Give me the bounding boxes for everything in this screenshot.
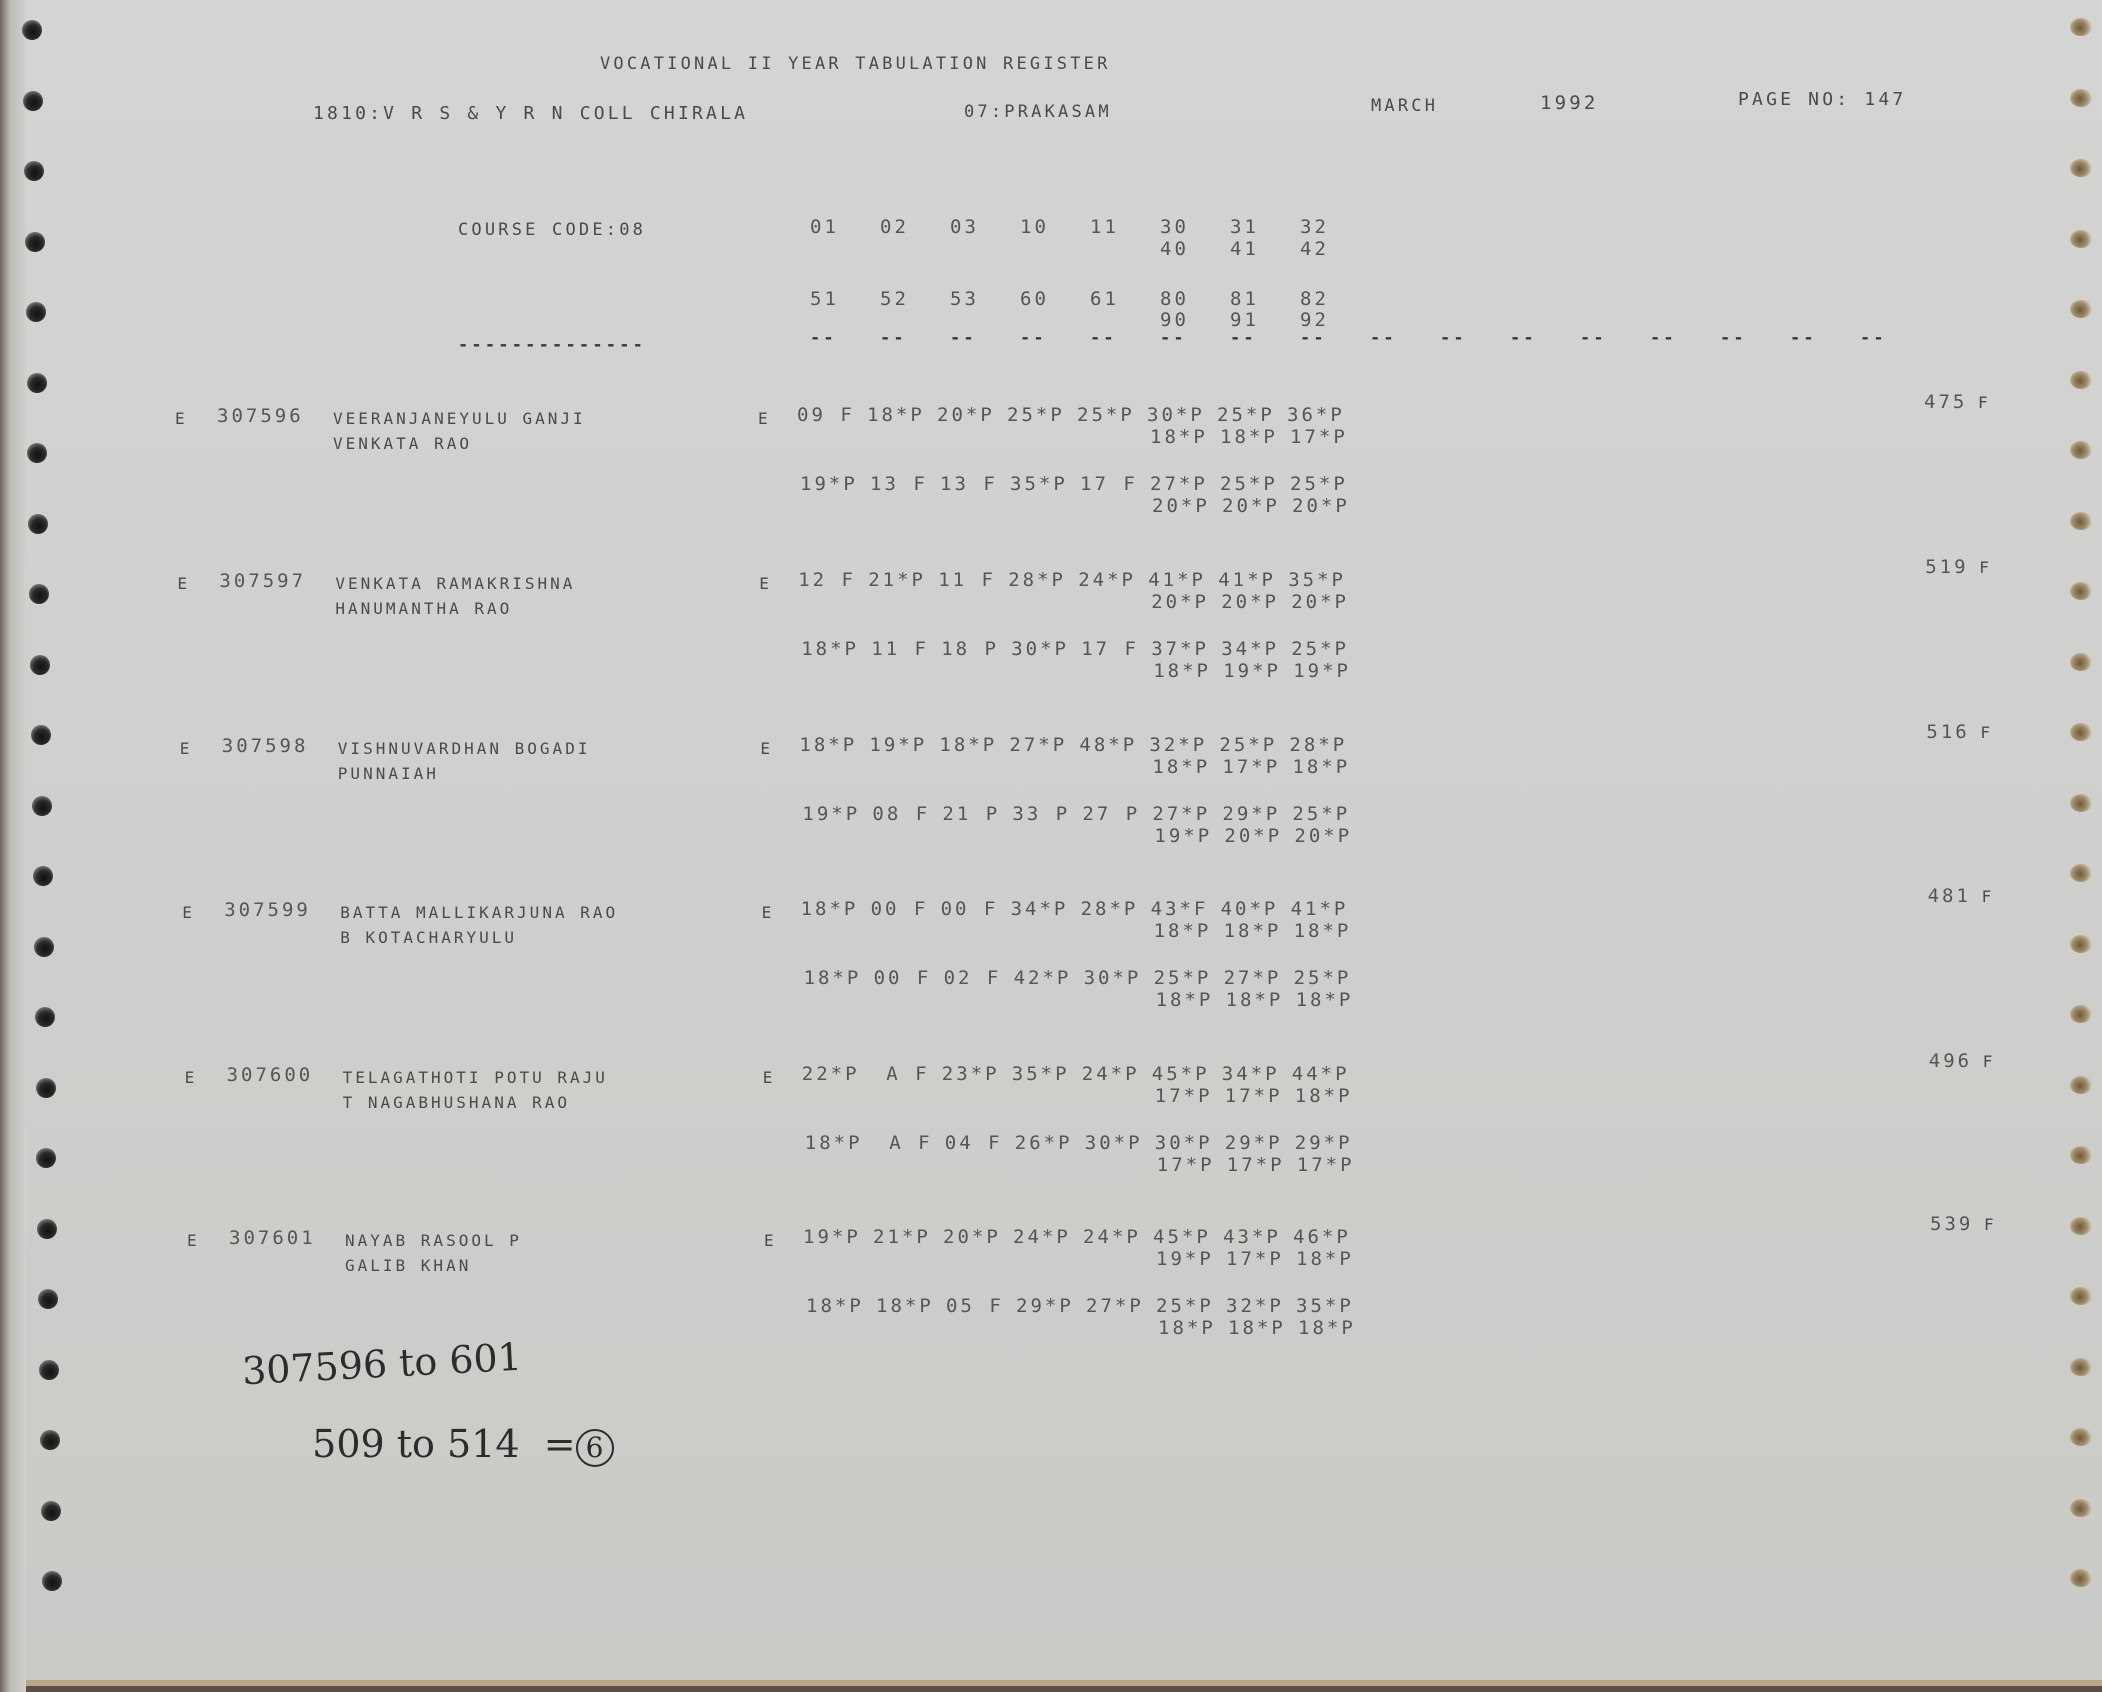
mark-cell: 19*P <box>1223 662 1281 681</box>
mark-cell: 42*P <box>1014 969 1072 988</box>
handwritten-count-line: 509 to 514 =6 <box>288 1387 614 1467</box>
column-dash: -- <box>1860 330 1887 347</box>
mark-cell: 19*P <box>1156 1250 1214 1269</box>
tractor-feed-hole-icon <box>2070 230 2092 248</box>
mark-cell: 17*P <box>1222 758 1280 777</box>
mark-cell: 24*P <box>1082 1065 1140 1084</box>
candidate-flag: E <box>177 576 190 592</box>
mark-cell: 41*P <box>1218 571 1276 590</box>
mark-cell: 18*P <box>876 1297 934 1316</box>
tractor-feed-hole-icon <box>40 1430 60 1450</box>
student-record: E307596VEERANJANEYULU GANJIVENKATA RAOE0… <box>0 403 2102 543</box>
column-dash: -- <box>810 330 837 347</box>
mark-cell: 00 F <box>941 900 999 919</box>
mark-cell: 25*P <box>1220 475 1278 494</box>
mark-cell: 43*F <box>1151 900 1209 919</box>
mark-cell: 18*P <box>1154 922 1212 941</box>
mark-cell: 18*P <box>804 969 862 988</box>
name-line-2: PUNNAIAH <box>338 766 439 782</box>
column-dash: -- <box>1720 330 1747 347</box>
mark-cell: 48*P <box>1079 736 1137 755</box>
candidate-flag: E <box>182 905 195 921</box>
subject-code: 53 <box>950 290 979 309</box>
roll-number: 307599 <box>224 901 311 920</box>
subject-code: 51 <box>810 290 839 309</box>
mark-cell: 12 F <box>798 571 856 590</box>
subject-code: 32 <box>1300 218 1329 237</box>
mark-cell: 25*P <box>1217 406 1275 425</box>
mark-cell: 27*P <box>1152 805 1210 824</box>
name-line-1: VISHNUVARDHAN BOGADI <box>338 741 591 757</box>
tractor-feed-hole-icon <box>2070 371 2092 389</box>
mark-cell: 18*P <box>1295 1087 1353 1106</box>
result-status: F <box>1984 1217 1997 1233</box>
name-line-2: VENKATA RAO <box>333 436 472 452</box>
tractor-feed-hole-icon <box>2070 1569 2092 1587</box>
result-status: F <box>1980 725 1993 741</box>
subject-code: 61 <box>1090 290 1119 309</box>
mark-cell: 18*P <box>1296 1250 1354 1269</box>
register-title: VOCATIONAL II YEAR TABULATION REGISTER <box>600 56 1111 73</box>
tractor-feed-hole-icon <box>27 373 47 393</box>
mark-cell: 27*P <box>1009 736 1067 755</box>
mark-cell: 11 F <box>938 571 996 590</box>
mark-cell: 18*P <box>799 736 857 755</box>
circled-count: 6 <box>576 1429 614 1467</box>
district: 07:PRAKASAM <box>964 104 1112 121</box>
tractor-feed-hole-icon <box>24 161 44 181</box>
mark-cell: 18*P <box>1224 922 1282 941</box>
mark-cell: 18*P <box>867 406 925 425</box>
tractor-feed-hole-icon <box>2070 1499 2092 1517</box>
mark-cell: 17*P <box>1290 428 1348 447</box>
mark-cell: A F <box>872 1065 930 1084</box>
tractor-feed-hole-icon <box>42 1571 62 1591</box>
subject-code: 82 <box>1300 290 1329 309</box>
column-dash: -- <box>950 330 977 347</box>
mark-cell: 19*P <box>869 736 927 755</box>
tractor-feed-hole-icon <box>23 91 43 111</box>
mark-cell: 05 F <box>946 1297 1004 1316</box>
column-dash: -- <box>1650 330 1677 347</box>
column-dash: -- <box>1370 330 1397 347</box>
mark-cell: 44*P <box>1292 1065 1350 1084</box>
mark-cell: 28*P <box>1081 900 1139 919</box>
column-dash: -- <box>1580 330 1607 347</box>
total-marks: 475 <box>1924 393 1967 412</box>
mark-cell: 19*P <box>802 805 860 824</box>
mark-cell: 20*P <box>1151 593 1209 612</box>
mark-cell: 34*P <box>1011 900 1069 919</box>
mark-cell: 25*P <box>1156 1297 1214 1316</box>
tractor-feed-hole-icon <box>26 302 46 322</box>
course-underline: -------------- <box>458 337 646 354</box>
result-status: F <box>1983 1054 1996 1070</box>
mark-cell: 18*P <box>1152 758 1210 777</box>
mark-cell: 11 F <box>871 640 929 659</box>
mark-cell: 26*P <box>1015 1134 1073 1153</box>
mark-cell: 29*P <box>1016 1297 1074 1316</box>
student-record: E307598VISHNUVARDHAN BOGADIPUNNAIAHE18*P… <box>0 733 2102 873</box>
name-line-2: GALIB KHAN <box>345 1258 471 1274</box>
mark-cell: 25*P <box>1219 736 1277 755</box>
tractor-feed-hole-icon <box>22 20 42 40</box>
mark-cell: 18*P <box>1220 428 1278 447</box>
mark-cell: 32*P <box>1226 1297 1284 1316</box>
mark-cell: 37*P <box>1151 640 1209 659</box>
mark-cell: 25*P <box>1290 475 1348 494</box>
column-dash: -- <box>1790 330 1817 347</box>
mark-cell: 46*P <box>1293 1228 1351 1247</box>
mark-cell: 18*P <box>1153 662 1211 681</box>
mark-cell: 20*P <box>937 406 995 425</box>
column-dash: -- <box>1230 330 1257 347</box>
exam-month: MARCH <box>1371 98 1438 115</box>
mark-cell: A F <box>875 1134 933 1153</box>
name-line-1: VEERANJANEYULU GANJI <box>333 411 586 427</box>
mark-cell: 02 F <box>944 969 1002 988</box>
mark-cell: 25*P <box>1292 805 1350 824</box>
total-marks: 516 <box>1926 723 1969 742</box>
mark-cell: 20*P <box>943 1228 1001 1247</box>
mark-cell: 45*P <box>1153 1228 1211 1247</box>
mark-cell: 45*P <box>1152 1065 1210 1084</box>
candidate-flag: E <box>185 1070 198 1086</box>
mark-cell: 20*P <box>1294 827 1352 846</box>
mark-cell: 18*P <box>1226 991 1284 1010</box>
mark-cell: 30*P <box>1085 1134 1143 1153</box>
mark-cell: 13 F <box>870 475 928 494</box>
mark-cell: 21*P <box>873 1228 931 1247</box>
subject-code: 03 <box>950 218 979 237</box>
mark-cell: 27 P <box>1082 805 1140 824</box>
subject-code: 11 <box>1090 218 1119 237</box>
mark-cell: 41*P <box>1148 571 1206 590</box>
student-record: E307597VENKATA RAMAKRISHNAHANUMANTHA RAO… <box>0 568 2102 708</box>
tractor-feed-hole-icon <box>2070 1428 2092 1446</box>
roll-number: 307598 <box>222 737 309 756</box>
page-number: PAGE NO: 147 <box>1738 91 1906 109</box>
mark-cell: 08 F <box>872 805 930 824</box>
mark-cell: 18 P <box>941 640 999 659</box>
candidate-flag: E <box>175 411 188 427</box>
mark-cell: 41*P <box>1291 900 1349 919</box>
medium-flag: E <box>760 741 773 757</box>
handwritten-text: 509 to 514 = <box>312 1422 575 1466</box>
student-record: E307601NAYAB RASOOL PGALIB KHANE19*P21*P… <box>0 1225 2102 1365</box>
mark-cell: 18*P <box>801 640 859 659</box>
mark-cell: 27*P <box>1150 475 1208 494</box>
tractor-feed-hole-icon <box>2070 300 2092 318</box>
roll-number: 307600 <box>227 1066 314 1085</box>
mark-cell: 18*P <box>806 1297 864 1316</box>
result-status: F <box>1982 889 1995 905</box>
candidate-flag: E <box>187 1233 200 1249</box>
mark-cell: 19*P <box>1293 662 1351 681</box>
mark-cell: 30*P <box>1155 1134 1213 1153</box>
subject-code: 40 <box>1160 240 1189 259</box>
mark-cell: 18*P <box>1294 922 1352 941</box>
subject-code: 80 <box>1160 290 1189 309</box>
column-dash: -- <box>1510 330 1537 347</box>
medium-flag: E <box>758 411 771 427</box>
mark-cell: 20*P <box>1224 827 1282 846</box>
result-status: F <box>1979 560 1992 576</box>
mark-cell: 18*P <box>939 736 997 755</box>
mark-cell: 27*P <box>1224 969 1282 988</box>
mark-cell: 17*P <box>1155 1087 1213 1106</box>
mark-cell: 23*P <box>942 1065 1000 1084</box>
mark-cell: 17*P <box>1227 1156 1285 1175</box>
mark-cell: 17 F <box>1081 640 1139 659</box>
mark-cell: 25*P <box>1077 406 1135 425</box>
mark-cell: 20*P <box>1222 497 1280 516</box>
tractor-feed-hole-icon <box>41 1501 61 1521</box>
mark-cell: 17*P <box>1297 1156 1355 1175</box>
mark-cell: 24*P <box>1013 1228 1071 1247</box>
mark-cell: 24*P <box>1078 571 1136 590</box>
exam-year: 1992 <box>1540 94 1599 113</box>
mark-cell: 20*P <box>1152 497 1210 516</box>
name-line-2: T NAGABHUSHANA RAO <box>343 1095 570 1111</box>
mark-cell: 04 F <box>945 1134 1003 1153</box>
mark-cell: 17 F <box>1080 475 1138 494</box>
column-dash: -- <box>1090 330 1117 347</box>
mark-cell: 20*P <box>1221 593 1279 612</box>
name-line-2: B KOTACHARYULU <box>340 930 517 946</box>
mark-cell: 22*P <box>802 1065 860 1084</box>
mark-cell: 25*P <box>1154 969 1212 988</box>
mark-cell: 20*P <box>1292 497 1350 516</box>
mark-cell: 40*P <box>1221 900 1279 919</box>
mark-cell: 18*P <box>805 1134 863 1153</box>
mark-cell: 35*P <box>1012 1065 1070 1084</box>
course-code-label: COURSE CODE:08 <box>458 222 646 239</box>
column-dash: -- <box>1300 330 1327 347</box>
mark-cell: 18*P <box>1228 1319 1286 1338</box>
mark-cell: 17*P <box>1225 1087 1283 1106</box>
subject-code: 01 <box>810 218 839 237</box>
tractor-feed-hole-icon <box>25 232 45 252</box>
column-dash: -- <box>1020 330 1047 347</box>
name-line-1: TELAGATHOTI POTU RAJU <box>343 1070 608 1086</box>
mark-cell: 18*P <box>1158 1319 1216 1338</box>
mark-cell: 32*P <box>1149 736 1207 755</box>
mark-cell: 29*P <box>1225 1134 1283 1153</box>
total-marks: 539 <box>1930 1215 1973 1234</box>
college-name: 1810:V R S & Y R N COLL CHIRALA <box>313 105 748 123</box>
subject-code: 02 <box>880 218 909 237</box>
subject-code: 30 <box>1160 218 1189 237</box>
total-marks: 481 <box>1928 887 1971 906</box>
name-line-1: BATTA MALLIKARJUNA RAO <box>340 905 618 921</box>
mark-cell: 18*P <box>1156 991 1214 1010</box>
name-line-1: VENKATA RAMAKRISHNA <box>335 576 575 592</box>
total-marks: 496 <box>1929 1052 1972 1071</box>
subject-code: 10 <box>1020 218 1049 237</box>
mark-cell: 17*P <box>1226 1250 1284 1269</box>
medium-flag: E <box>762 905 775 921</box>
mark-cell: 18*P <box>1296 991 1354 1010</box>
mark-cell: 30*P <box>1147 406 1205 425</box>
mark-cell: 18*P <box>1292 758 1350 777</box>
mark-cell: 27*P <box>1086 1297 1144 1316</box>
subject-code: 31 <box>1230 218 1259 237</box>
student-record: E307599BATTA MALLIKARJUNA RAOB KOTACHARY… <box>0 897 2102 1037</box>
mark-cell: 29*P <box>1295 1134 1353 1153</box>
mark-cell: 35*P <box>1296 1297 1354 1316</box>
medium-flag: E <box>764 1233 777 1249</box>
mark-cell: 18*P <box>1150 428 1208 447</box>
tractor-feed-hole-icon <box>2070 18 2092 36</box>
mark-cell: 18*P <box>1298 1319 1356 1338</box>
medium-flag: E <box>759 576 772 592</box>
mark-cell: 35*P <box>1010 475 1068 494</box>
result-status: F <box>1978 395 1991 411</box>
subject-code: 52 <box>880 290 909 309</box>
name-line-2: HANUMANTHA RAO <box>335 601 512 617</box>
mark-cell: 30*P <box>1084 969 1142 988</box>
mark-cell: 21*P <box>868 571 926 590</box>
mark-cell: 35*P <box>1288 571 1346 590</box>
mark-cell: 13 F <box>940 475 998 494</box>
mark-cell: 36*P <box>1287 406 1345 425</box>
column-dash: -- <box>1440 330 1467 347</box>
subject-code: 81 <box>1230 290 1259 309</box>
mark-cell: 25*P <box>1007 406 1065 425</box>
mark-cell: 00 F <box>871 900 929 919</box>
roll-number: 307596 <box>217 407 304 426</box>
mark-cell: 43*P <box>1223 1228 1281 1247</box>
mark-cell: 34*P <box>1221 640 1279 659</box>
mark-cell: 33 P <box>1012 805 1070 824</box>
roll-number: 307597 <box>219 572 306 591</box>
mark-cell: 21 P <box>942 805 1000 824</box>
mark-cell: 19*P <box>1154 827 1212 846</box>
subject-code: 42 <box>1300 240 1329 259</box>
name-line-1: NAYAB RASOOL P <box>345 1233 522 1249</box>
mark-cell: 28*P <box>1289 736 1347 755</box>
mark-cell: 30*P <box>1011 640 1069 659</box>
mark-cell: 20*P <box>1291 593 1349 612</box>
column-dash: -- <box>1160 330 1187 347</box>
mark-cell: 18*P <box>801 900 859 919</box>
mark-cell: 25*P <box>1294 969 1352 988</box>
mark-cell: 09 F <box>797 406 855 425</box>
mark-cell: 00 F <box>874 969 932 988</box>
mark-cell: 19*P <box>803 1228 861 1247</box>
student-record: E307600TELAGATHOTI POTU RAJUT NAGABHUSHA… <box>0 1062 2102 1202</box>
mark-cell: 29*P <box>1222 805 1280 824</box>
candidate-flag: E <box>180 741 193 757</box>
tractor-feed-hole-icon <box>2070 159 2092 177</box>
mark-cell: 19*P <box>800 475 858 494</box>
tractor-feed-hole-icon <box>2070 89 2092 107</box>
subject-code: 41 <box>1230 240 1259 259</box>
subject-code: 60 <box>1020 290 1049 309</box>
medium-flag: E <box>763 1070 776 1086</box>
mark-cell: 28*P <box>1008 571 1066 590</box>
total-marks: 519 <box>1925 558 1968 577</box>
roll-number: 307601 <box>229 1229 316 1248</box>
mark-cell: 17*P <box>1157 1156 1215 1175</box>
column-dash: -- <box>880 330 907 347</box>
mark-cell: 34*P <box>1222 1065 1280 1084</box>
mark-cell: 24*P <box>1083 1228 1141 1247</box>
mark-cell: 25*P <box>1291 640 1349 659</box>
